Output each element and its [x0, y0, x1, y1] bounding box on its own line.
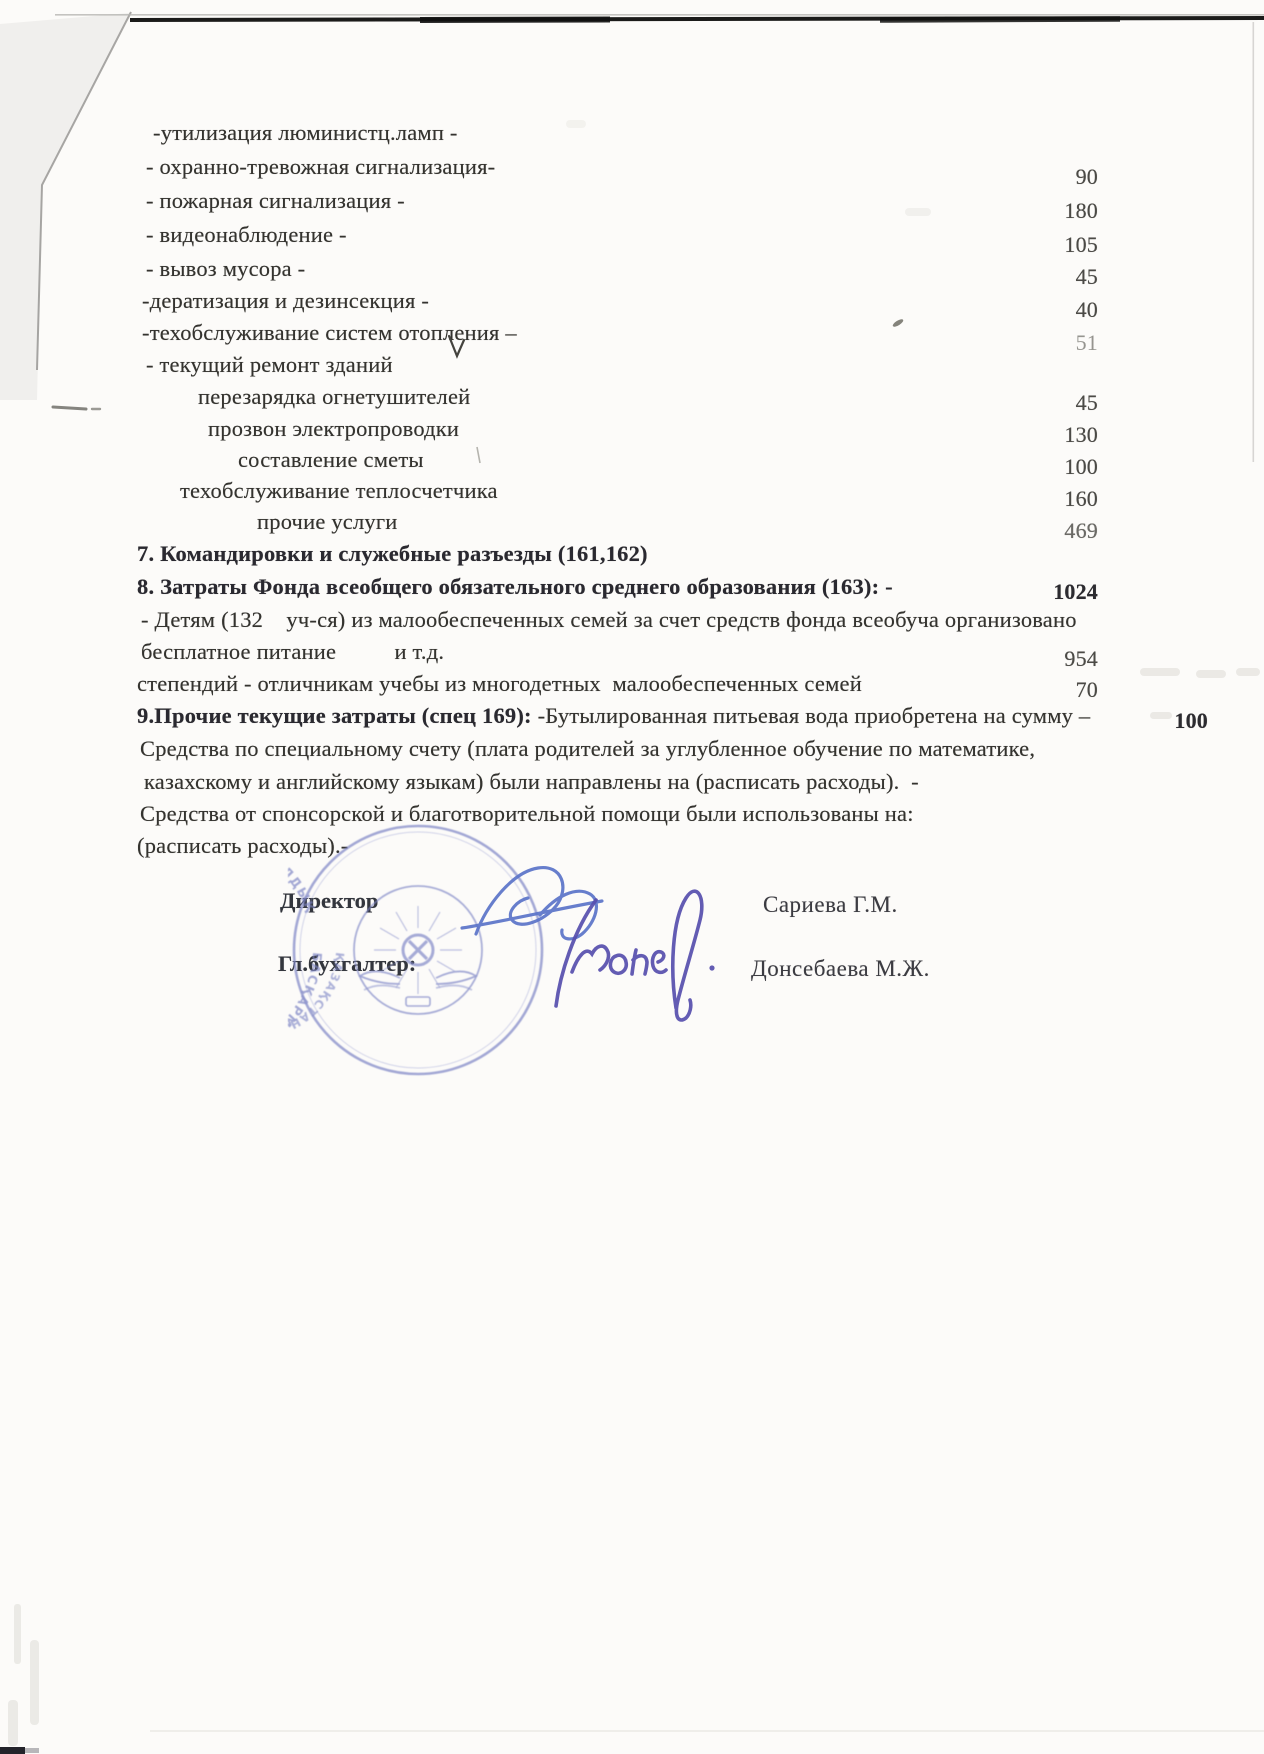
section-heading: 7. Командировки и служебные разъезды (16… — [137, 541, 648, 566]
section-heading: 9.Прочие текущие затраты (спец 169): — [137, 703, 538, 728]
row-label: -утилизация люминистц.ламп - — [153, 120, 458, 145]
expense-row: степендий - отличникам учебы из многодет… — [0, 671, 1264, 701]
scanned-report-page: -утилизация люминистц.ламп - - охранно-т… — [0, 0, 1264, 1754]
stamp-emblem — [360, 906, 476, 1006]
expense-row: -дератизация и дезинсекция -40 — [0, 288, 1264, 318]
expense-row: Средства от спонсорской и благотворитель… — [0, 801, 1264, 831]
row-value: 100 — [1028, 454, 1098, 480]
expense-row: 8. Затраты Фонда всеобщего обязательного… — [0, 574, 1264, 604]
row-value: 45 — [1028, 264, 1098, 290]
accountant-name: Донсебаева М.Ж. — [751, 956, 930, 982]
row-label: - вывоз мусора - — [146, 256, 305, 281]
row-label: степендий - отличникам учебы из многодет… — [137, 671, 862, 696]
expense-row: перезарядка огнетушителей45 — [0, 384, 1264, 414]
row-label: казахскому и английскому языкам) были на… — [144, 769, 919, 794]
row-label: - охранно-тревожная сигнализация- — [146, 154, 495, 179]
expense-row: казахскому и английскому языкам) были на… — [0, 769, 1264, 799]
row-label: бесплатное питание и т.д. — [141, 639, 444, 664]
row-value: 954 — [1028, 646, 1098, 672]
row-label: прозвон электропроводки — [208, 416, 459, 441]
row-label: прочие услуги — [257, 509, 398, 534]
row-label: перезарядка огнетушителей — [198, 384, 470, 409]
expense-row: Средства по специальному счету (плата ро… — [0, 736, 1264, 766]
row-value: 105 — [1028, 232, 1098, 258]
row-value: 45 — [1028, 390, 1098, 416]
official-stamp: БАСҚАРМАСЫНЫҢ «72 ЖАЛПЫ БІЛІМ БЕРЕТІН МЕ… — [288, 820, 548, 1080]
emblem-ribbon — [406, 997, 430, 1006]
row-label: Средства по специальному счету (плата ро… — [140, 736, 1035, 761]
row-value: 90 — [1028, 164, 1098, 190]
expense-row: 7. Командировки и служебные разъезды (16… — [0, 541, 1264, 571]
bottom-corner-mark — [0, 1747, 25, 1754]
row-label: -техобслуживание систем отопления – — [142, 320, 517, 345]
expense-row: техобслуживание теплосчетчика160 — [0, 478, 1264, 508]
row-label: - Детям (132 уч-ся) из малообеспеченных … — [141, 607, 1077, 632]
row-label: - видеонаблюдение - — [146, 222, 347, 247]
expense-row: бесплатное питание и т.д.954 — [0, 639, 1264, 669]
bottom-faint-line — [150, 1730, 1264, 1732]
expense-row: (расписать расходы).- — [0, 833, 1264, 863]
expense-row: -техобслуживание систем отопления –51 — [0, 320, 1264, 350]
row-label: -Бутылированная питьевая вода приобретен… — [538, 703, 1091, 728]
expense-row: 9.Прочие текущие затраты (спец 169): -Бу… — [0, 703, 1264, 733]
accountant-signature — [556, 891, 715, 1020]
row-label: составление сметы — [238, 447, 424, 472]
director-name: Сариева Г.М. — [763, 892, 898, 918]
row-label: техобслуживание теплосчетчика — [180, 478, 498, 503]
top-black-line — [130, 18, 1264, 20]
top-thin-line — [55, 14, 1264, 16]
expense-row: -утилизация люминистц.ламп - — [0, 120, 1264, 150]
row-value: 100 — [1128, 708, 1208, 734]
row-value: 180 — [1028, 198, 1098, 224]
expense-row: - видеонаблюдение -105 — [0, 222, 1264, 252]
left-bottom-smudges — [8, 1604, 39, 1746]
row-value: 70 — [1028, 677, 1098, 703]
row-label: - текущий ремонт зданий — [146, 352, 393, 377]
row-value: 130 — [1028, 422, 1098, 448]
expense-row: - вывоз мусора -45 — [0, 256, 1264, 286]
stamp-svg: БАСҚАРМАСЫНЫҢ «72 ЖАЛПЫ БІЛІМ БЕРЕТІН МЕ… — [288, 820, 548, 1080]
row-value: 1024 — [1028, 579, 1098, 605]
expense-row: - пожарная сигнализация -180 — [0, 188, 1264, 218]
row-label: -дератизация и дезинсекция - — [142, 288, 429, 313]
row-label: - пожарная сигнализация - — [146, 188, 405, 213]
expense-row: прозвон электропроводки130 — [0, 416, 1264, 446]
section-heading: 8. Затраты Фонда всеобщего обязательного… — [137, 574, 893, 599]
expense-row: - текущий ремонт зданий — [0, 352, 1264, 382]
expense-row: прочие услуги469 — [0, 509, 1264, 539]
expense-row: составление сметы100 — [0, 447, 1264, 477]
expense-row: - Детям (132 уч-ся) из малообеспеченных … — [0, 607, 1264, 637]
expense-row: - охранно-тревожная сигнализация-90 — [0, 154, 1264, 184]
